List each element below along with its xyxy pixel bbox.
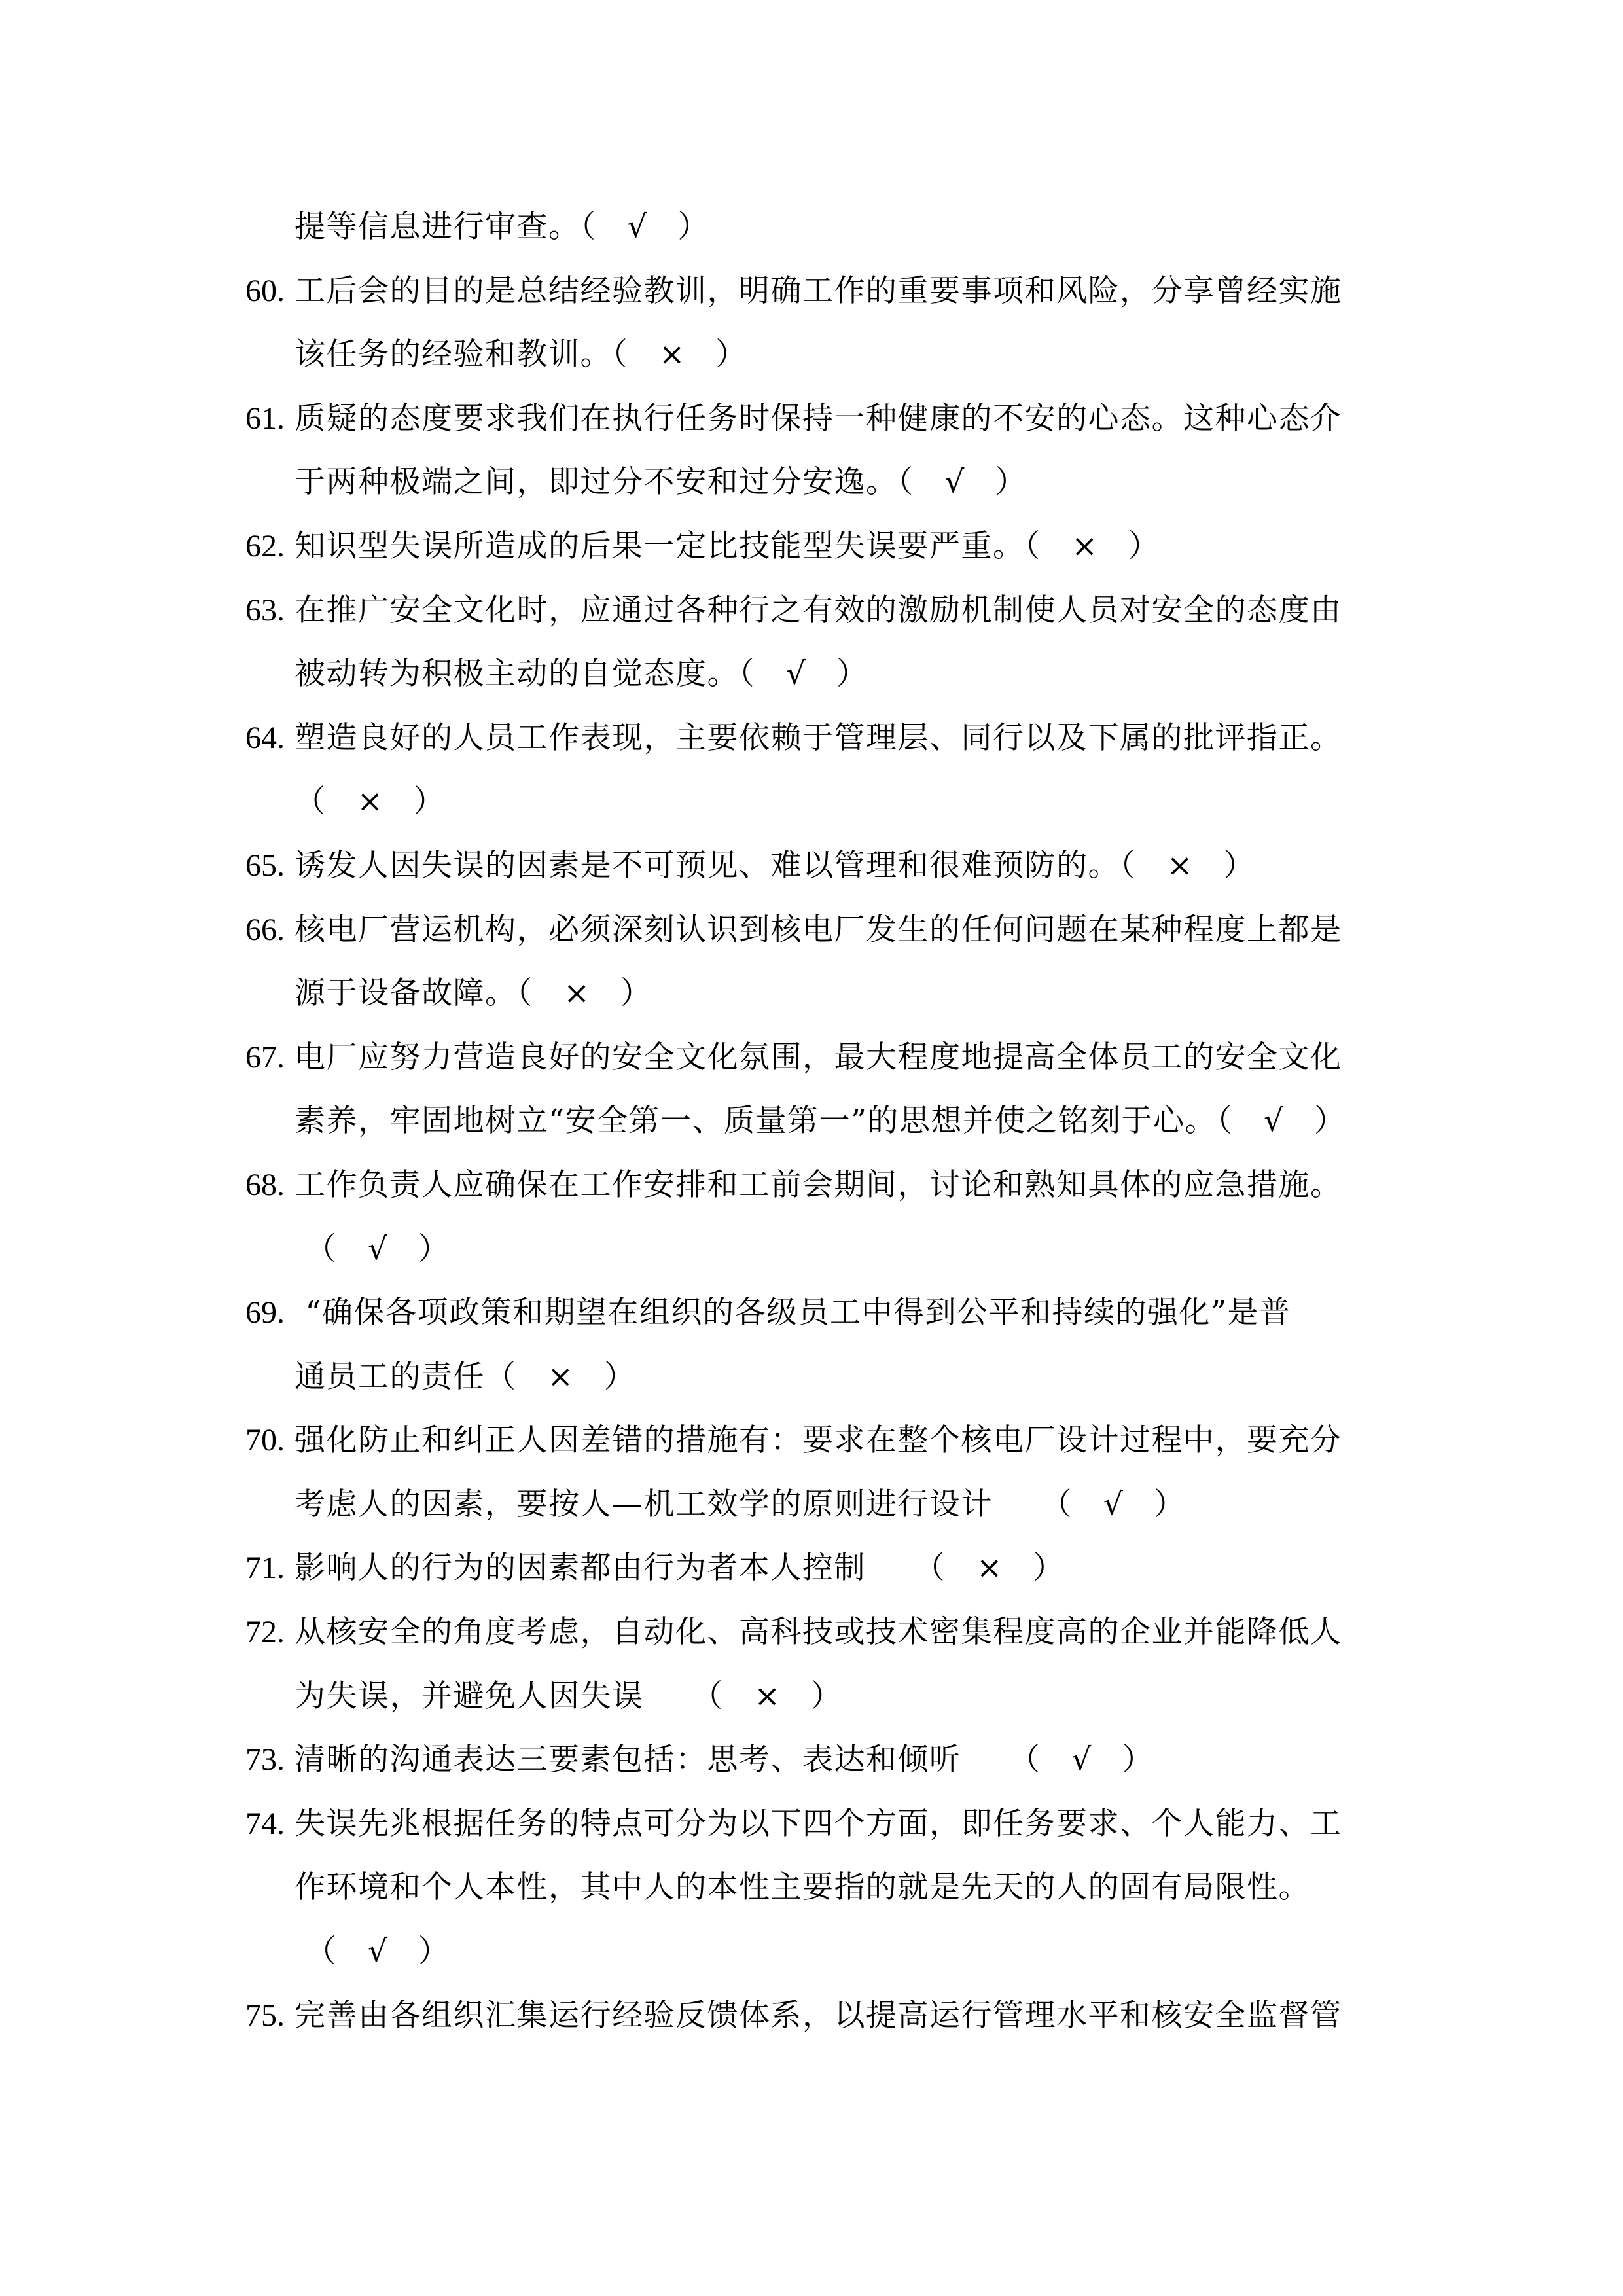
question-text: 在推广安全文化时，应通过各种行之有效的激励机制使人员对安全的态度由 xyxy=(294,592,1342,628)
question-text: 作环境和个人本性，其中人的本性主要指的就是先天的人的固有局限性。 xyxy=(294,1869,1310,1905)
question-item: 64.塑造良好的人员工作表现，主要依赖于管理层、同行以及下属的批评指正。（ × … xyxy=(245,718,1384,846)
text-line: 素养，牢固地树立“安全第一、质量第一”的思想并使之铭刻于心。（ √ ） xyxy=(245,1101,1384,1165)
check-mark-icon: √ ） xyxy=(914,464,1026,500)
check-mark-icon: √ ） xyxy=(1233,1103,1345,1139)
cross-mark-icon: × ） xyxy=(517,1359,635,1395)
question-number: 64. xyxy=(245,718,294,759)
text-line: 于两种极端之间，即过分不安和过分安逸。（ √ ） xyxy=(245,462,1384,526)
question-number: 72. xyxy=(245,1612,294,1653)
text-line: 62.知识型失误所造成的后果一定比技能型失误要严重。（ × ） xyxy=(245,526,1384,590)
question-item: 63.在推广安全文化时，应通过各种行之有效的激励机制使人员对安全的态度由被动转为… xyxy=(245,590,1384,718)
cross-mark-icon: × ） xyxy=(946,1550,1063,1586)
question-item: 62.知识型失误所造成的后果一定比技能型失误要严重。（ × ） xyxy=(245,526,1384,590)
text-line: 为失误，并避免人因失误 （ × ） xyxy=(245,1676,1384,1740)
question-item: 65.诱发人因失误的因素是不可预见、难以管理和很难预防的。（ × ） xyxy=(245,846,1384,910)
text-line: 该任务的经验和教训。（ × ） xyxy=(245,334,1384,399)
question-number: 73. xyxy=(245,1740,294,1780)
question-text: 强化防止和纠正人因差错的措施有：要求在整个核电厂设计过程中，要充分 xyxy=(294,1422,1342,1458)
question-item: 提等信息进行审查。（ √ ） xyxy=(245,207,1384,271)
question-text: 提等信息进行审查。（ xyxy=(294,209,597,245)
question-text: “确保各项政策和期望在组织的各级员工中得到公平和持续的强化”是普 xyxy=(294,1295,1291,1331)
question-item: 75.完善由各组织汇集运行经验反馈体系，以提高运行管理水平和核安全监督管 xyxy=(245,1996,1384,2060)
text-line: 60.工后会的目的是总结经验教训，明确工作的重要事项和风险，分享曾经实施 xyxy=(245,271,1384,335)
question-item: 61.质疑的态度要求我们在执行任务时保持一种健康的不安的心态。这种心态介于两种极… xyxy=(245,399,1384,526)
question-text: 知识型失误所造成的后果一定比技能型失误要严重。（ xyxy=(294,528,1041,564)
cross-mark-icon: × ） xyxy=(1041,528,1159,564)
question-number: 61. xyxy=(245,399,294,439)
question-text: 质疑的态度要求我们在执行任务时保持一种健康的不安的心态。这种心态介 xyxy=(294,401,1342,437)
question-number: 63. xyxy=(245,590,294,631)
text-line: （ √ ） xyxy=(245,1931,1384,1996)
question-text: 考虑人的因素，要按人—机工效学的原则进行设计 （ xyxy=(294,1486,1073,1522)
text-line: 提等信息进行审查。（ √ ） xyxy=(245,207,1384,271)
text-line: 69. “确保各项政策和期望在组织的各级员工中得到公平和持续的强化”是普 xyxy=(245,1293,1384,1357)
question-number: 66. xyxy=(245,910,294,950)
question-text: 核电厂营运机构，必须深刻认识到核电厂发生的任何问题在某种程度上都是 xyxy=(294,912,1342,948)
question-item: 66.核电厂营运机构，必须深刻认识到核电厂发生的任何问题在某种程度上都是源于设备… xyxy=(245,910,1384,1037)
text-line: 通员工的责任（ × ） xyxy=(245,1357,1384,1421)
question-text: 工作负责人应确保在工作安排和工前会期间，讨论和熟知具体的应急措施。 xyxy=(294,1167,1342,1203)
question-item: 69. “确保各项政策和期望在组织的各级员工中得到公平和持续的强化”是普通员工的… xyxy=(245,1293,1384,1420)
question-text: 源于设备故障。（ xyxy=(294,975,533,1011)
text-line: 74.失误先兆根据任务的特点可分为以下四个方面，即任务要求、个人能力、工 xyxy=(245,1804,1384,1868)
question-text: 塑造良好的人员工作表现，主要依赖于管理层、同行以及下属的批评指正。 xyxy=(294,720,1342,756)
text-line: 考虑人的因素，要按人—机工效学的原则进行设计 （ √ ） xyxy=(245,1484,1384,1549)
cross-mark-icon: × ） xyxy=(327,783,444,819)
text-line: 67.电厂应努力营造良好的安全文化氛围，最大程度地提高全体员工的安全文化 xyxy=(245,1037,1384,1102)
text-line: 64.塑造良好的人员工作表现，主要依赖于管理层、同行以及下属的批评指正。 xyxy=(245,718,1384,782)
question-number: 67. xyxy=(245,1037,294,1078)
question-item: 73.清晰的沟通表达三要素包括：思考、表达和倾听 （ √ ） xyxy=(245,1740,1384,1804)
text-line: （ × ） xyxy=(245,781,1384,846)
check-mark-icon: √ ） xyxy=(597,209,709,245)
text-line: 作环境和个人本性，其中人的本性主要指的就是先天的人的固有局限性。 xyxy=(245,1867,1384,1931)
question-item: 71.影响人的行为的因素都由行为者本人控制 （ × ） xyxy=(245,1548,1384,1612)
question-item: 70.强化防止和纠正人因差错的措施有：要求在整个核电厂设计过程中，要充分考虑人的… xyxy=(245,1420,1384,1548)
question-text: 被动转为积极主动的自觉态度。（ xyxy=(294,656,755,692)
question-number: 71. xyxy=(245,1548,294,1588)
check-mark-icon: √ ） xyxy=(337,1933,449,1969)
question-number: 62. xyxy=(245,526,294,567)
text-line: 61.质疑的态度要求我们在执行任务时保持一种健康的不安的心态。这种心态介 xyxy=(245,399,1384,463)
cross-mark-icon: × ） xyxy=(533,975,651,1011)
question-text: 完善由各组织汇集运行经验反馈体系，以提高运行管理水平和核安全监督管 xyxy=(294,1998,1342,2034)
question-text: 电厂应努力营造良好的安全文化氛围，最大程度地提高全体员工的安全文化 xyxy=(294,1039,1342,1075)
question-text: 通员工的责任（ xyxy=(294,1359,517,1395)
question-text: 该任务的经验和教训。（ xyxy=(294,336,628,372)
cross-mark-icon: × ） xyxy=(724,1678,842,1714)
question-text: （ xyxy=(294,1933,337,1969)
question-number: 68. xyxy=(245,1165,294,1206)
text-line: 68.工作负责人应确保在工作安排和工前会期间，讨论和熟知具体的应急措施。 xyxy=(245,1165,1384,1229)
question-text: 于两种极端之间，即过分不安和过分安逸。（ xyxy=(294,464,914,500)
question-text: 清晰的沟通表达三要素包括：思考、表达和倾听 （ xyxy=(294,1742,1041,1778)
document-page: 提等信息进行审查。（ √ ）60.工后会的目的是总结经验教训，明确工作的重要事项… xyxy=(245,207,1384,2059)
question-number: 70. xyxy=(245,1420,294,1461)
cross-mark-icon: × ） xyxy=(628,336,746,372)
question-item: 60.工后会的目的是总结经验教训，明确工作的重要事项和风险，分享曾经实施该任务的… xyxy=(245,271,1384,399)
text-line: 63.在推广安全文化时，应通过各种行之有效的激励机制使人员对安全的态度由 xyxy=(245,590,1384,655)
text-line: 被动转为积极主动的自觉态度。（ √ ） xyxy=(245,654,1384,718)
text-line: （ √ ） xyxy=(245,1229,1384,1293)
question-text: 诱发人因失误的因素是不可预见、难以管理和很难预防的。（ xyxy=(294,848,1136,884)
text-line: 70.强化防止和纠正人因差错的措施有：要求在整个核电厂设计过程中，要充分 xyxy=(245,1420,1384,1484)
check-mark-icon: √ ） xyxy=(1041,1742,1153,1778)
text-line: 75.完善由各组织汇集运行经验反馈体系，以提高运行管理水平和核安全监督管 xyxy=(245,1996,1384,2060)
question-number: 69. xyxy=(245,1293,294,1333)
check-mark-icon: √ ） xyxy=(755,656,867,692)
question-item: 74.失误先兆根据任务的特点可分为以下四个方面，即任务要求、个人能力、工作环境和… xyxy=(245,1804,1384,1996)
text-line: 源于设备故障。（ × ） xyxy=(245,973,1384,1037)
question-item: 67.电厂应努力营造良好的安全文化氛围，最大程度地提高全体员工的安全文化素养，牢… xyxy=(245,1037,1384,1165)
text-line: 66.核电厂营运机构，必须深刻认识到核电厂发生的任何问题在某种程度上都是 xyxy=(245,910,1384,974)
question-text: （ xyxy=(294,1231,337,1267)
text-line: 65.诱发人因失误的因素是不可预见、难以管理和很难预防的。（ × ） xyxy=(245,846,1384,910)
question-text: 失误先兆根据任务的特点可分为以下四个方面，即任务要求、个人能力、工 xyxy=(294,1806,1342,1842)
question-text: （ xyxy=(294,783,327,819)
cross-mark-icon: × ） xyxy=(1136,848,1254,884)
text-line: 73.清晰的沟通表达三要素包括：思考、表达和倾听 （ √ ） xyxy=(245,1740,1384,1804)
text-line: 72.从核安全的角度考虑，自动化、高科技或技术密集程度高的企业并能降低人 xyxy=(245,1612,1384,1676)
question-text: 素养，牢固地树立“安全第一、质量第一”的思想并使之铭刻于心。（ xyxy=(294,1103,1233,1139)
question-item: 68.工作负责人应确保在工作安排和工前会期间，讨论和熟知具体的应急措施。 （ √… xyxy=(245,1165,1384,1293)
question-text: 为失误，并避免人因失误 （ xyxy=(294,1678,724,1714)
question-text: 影响人的行为的因素都由行为者本人控制 （ xyxy=(294,1550,946,1586)
check-mark-icon: √ ） xyxy=(337,1231,449,1267)
question-number: 60. xyxy=(245,271,294,312)
question-text: 从核安全的角度考虑，自动化、高科技或技术密集程度高的企业并能降低人 xyxy=(294,1614,1342,1650)
question-number: 65. xyxy=(245,846,294,886)
text-line: 71.影响人的行为的因素都由行为者本人控制 （ × ） xyxy=(245,1548,1384,1612)
question-item: 72.从核安全的角度考虑，自动化、高科技或技术密集程度高的企业并能降低人为失误，… xyxy=(245,1612,1384,1740)
question-number: 74. xyxy=(245,1804,294,1844)
question-number: 75. xyxy=(245,1996,294,2036)
check-mark-icon: √ ） xyxy=(1073,1486,1185,1522)
question-text: 工后会的目的是总结经验教训，明确工作的重要事项和风险，分享曾经实施 xyxy=(294,273,1342,309)
